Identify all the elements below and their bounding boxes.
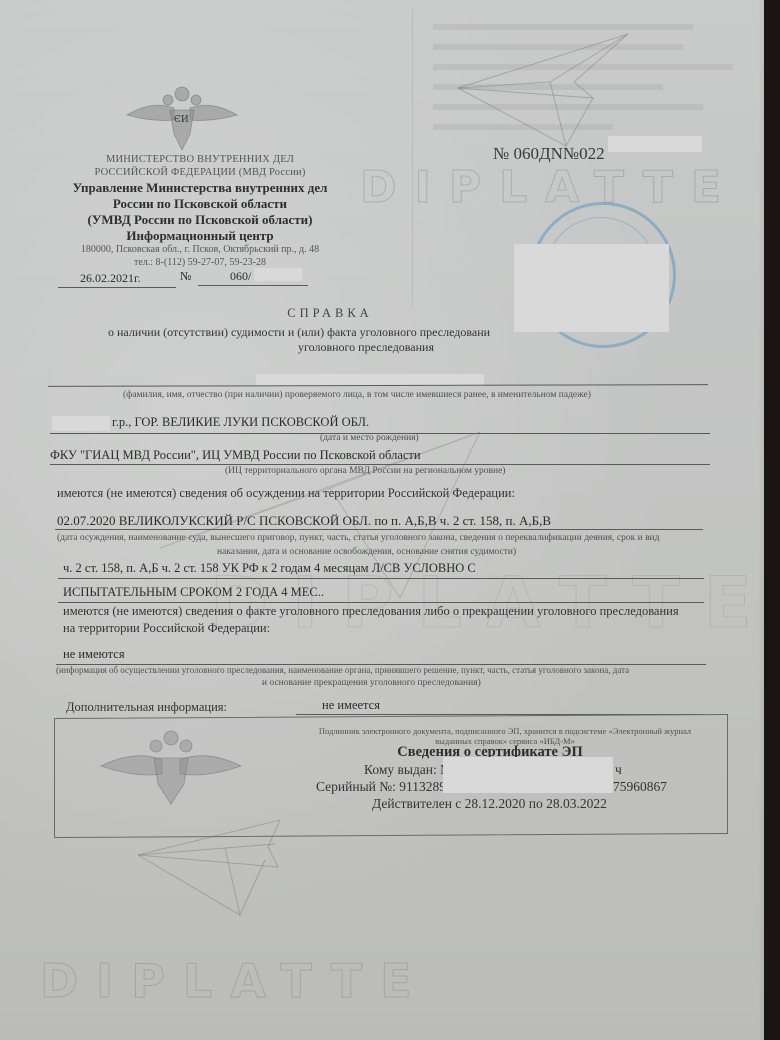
- redacted-birth-date: [52, 416, 110, 431]
- conviction-underline-3: [58, 602, 704, 603]
- ic-hint: (ИЦ территориального органа МВД России н…: [225, 466, 505, 476]
- info-center: ФКУ "ГИАЦ МВД России", ИЦ УМВД России по…: [50, 448, 421, 463]
- ic-underline: [50, 464, 710, 465]
- prosecution-hint-line-1: (информация об осуществлении уголовного …: [56, 665, 629, 675]
- document-serial-number: № 060ДN№022: [493, 144, 605, 164]
- ministry-line-1: МИНИСТЕРСТВО ВНУТРЕННИХ ДЕЛ: [70, 154, 330, 165]
- paper-edge: [758, 0, 764, 1040]
- conviction-underline-1: [55, 529, 703, 530]
- date-underline: [58, 287, 176, 288]
- conviction-underline-2: [58, 578, 704, 579]
- certificate-validity: Действителен с 28.12.2020 по 28.03.2022: [372, 796, 607, 812]
- svg-text:ЄИ: ЄИ: [174, 115, 189, 125]
- document-title: СПРАВКА: [230, 306, 430, 321]
- mvd-emblem-icon: ЄИ: [122, 70, 242, 154]
- ministry-line-2: РОССИЙСКОЙ ФЕДЕРАЦИИ (МВД России): [70, 167, 330, 178]
- redacted-signature: [514, 244, 669, 332]
- issue-date: 26.02.2021г.: [80, 271, 141, 286]
- redacted-outgoing-number: [254, 268, 302, 281]
- department-line-4: Информационный центр: [50, 228, 350, 244]
- department-line-1: Управление Министерства внутренних дел: [50, 180, 350, 196]
- conviction-value-line-3: ИСПЫТАТЕЛЬНЫМ СРОКОМ 2 ГОДА 4 МЕС..: [63, 585, 324, 600]
- prosecution-value: не имеются: [63, 647, 125, 662]
- certificate-issued-to-label: Кому выдан: М: [364, 762, 452, 778]
- certificate-serial-label: Серийный №: 9113289: [316, 779, 446, 795]
- conviction-intro: имеются (не имеются) сведения об осужден…: [57, 486, 515, 501]
- redacted-certificate-owner: [443, 757, 613, 793]
- document-subtitle-line-2: уголовного преследования: [298, 340, 434, 355]
- additional-label: Дополнительная информация:: [66, 700, 227, 715]
- birth-hint: (дата и место рождения): [320, 433, 419, 443]
- prosecution-intro-line-2: на территории Российской Федерации:: [63, 621, 270, 636]
- number-underline: [198, 285, 308, 286]
- additional-value: не имеется: [322, 698, 380, 713]
- outgoing-number: 060/: [230, 269, 251, 284]
- conviction-hint-line-1: (дата осуждения, наименование суда, выне…: [57, 533, 659, 543]
- conviction-hint-line-2: наказания, дата и основание освобождения…: [217, 547, 516, 557]
- watermark-text: DIPLATTE: [360, 162, 739, 213]
- department-line-2: России по Псковской области: [50, 196, 350, 212]
- document-subtitle-line-1: о наличии (отсутствии) судимости и (или)…: [108, 325, 490, 340]
- phone: тел.: 8-(112) 59-27-07, 59-23-28: [50, 257, 350, 268]
- certificate-serial-suffix: 75960867: [613, 779, 667, 795]
- mvd-emblem-icon: [96, 724, 246, 808]
- person-hint: (фамилия, имя, отчество (при наличии) пр…: [123, 390, 591, 400]
- department-line-3: (УМВД России по Псковской области): [50, 212, 350, 228]
- birth-place: г.р., ГОР. ВЕЛИКИЕ ЛУКИ ПСКОВСКОЙ ОБЛ.: [112, 415, 369, 430]
- number-label: №: [180, 269, 191, 284]
- conviction-value-line-2: ч. 2 ст. 158, п. А,Б ч. 2 ст. 158 УК РФ …: [63, 561, 476, 576]
- certificate-note-line-1: Подлинник электронного документа, подпис…: [290, 726, 720, 736]
- prosecution-intro-line-1: имеются (не имеются) сведения о факте уг…: [63, 604, 679, 619]
- address: 180000, Псковская обл., г. Псков, Октябр…: [50, 244, 350, 255]
- prosecution-hint-line-2: и основание прекращения уголовного пресл…: [262, 678, 481, 688]
- watermark-text: DIPLATTE: [40, 954, 430, 1008]
- conviction-value-line-1: 02.07.2020 ВЕЛИКОЛУКСКИЙ Р/С ПСКОВСКОЙ О…: [57, 513, 551, 529]
- paper-plane-watermark-icon: [450, 30, 640, 150]
- certificate-issued-to-suffix: ч: [615, 762, 622, 778]
- redacted-serial: [608, 136, 702, 152]
